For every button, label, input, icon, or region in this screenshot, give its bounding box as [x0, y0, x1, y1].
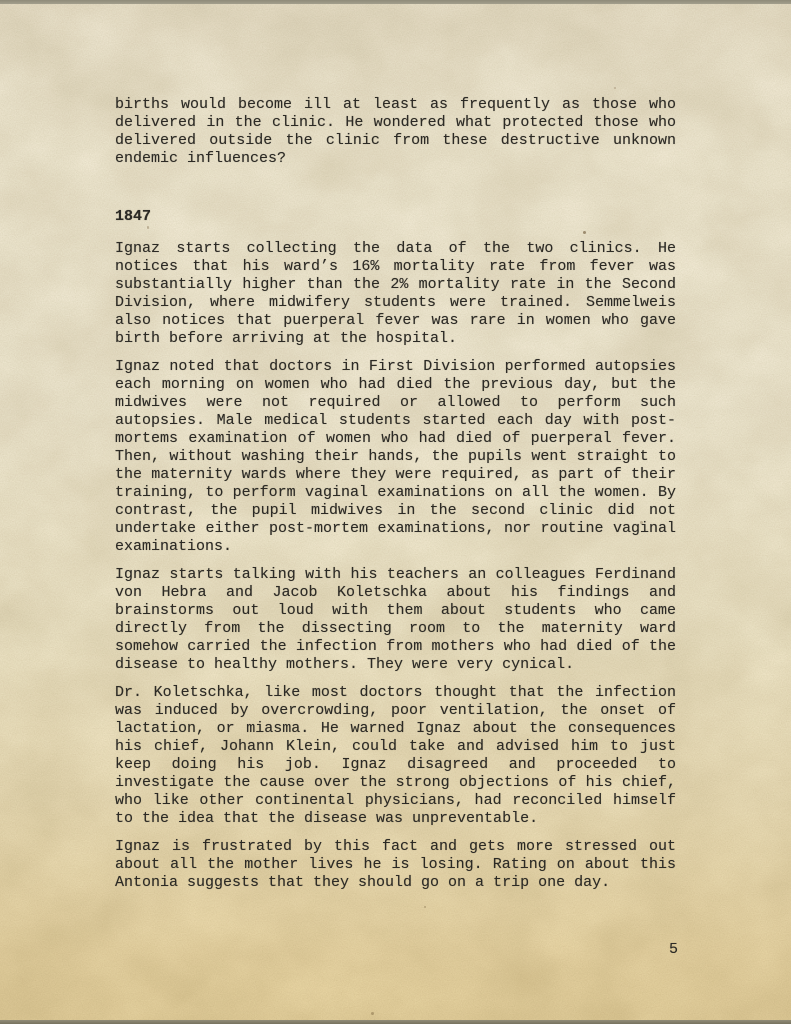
body-paragraph: Ignaz is frustrated by this fact and get… [115, 838, 676, 892]
page-content: births would become ill at least as freq… [115, 96, 676, 902]
page-top-edge [0, 0, 791, 4]
year-heading: 1847 [115, 208, 676, 226]
paper-speck [371, 1012, 374, 1015]
paper-speck [424, 906, 426, 908]
body-paragraph: Ignaz starts collecting the data of the … [115, 240, 676, 348]
paper-speck [614, 87, 616, 89]
body-paragraph: Ignaz starts talking with his teachers a… [115, 566, 676, 674]
body-paragraph: Ignaz noted that doctors in First Divisi… [115, 358, 676, 556]
body-paragraph: births would become ill at least as freq… [115, 96, 676, 168]
page-bottom-edge [0, 1020, 791, 1024]
document-page: births would become ill at least as freq… [0, 0, 791, 1024]
body-paragraph: Dr. Koletschka, like most doctors though… [115, 684, 676, 828]
page-number: 5 [669, 941, 678, 959]
